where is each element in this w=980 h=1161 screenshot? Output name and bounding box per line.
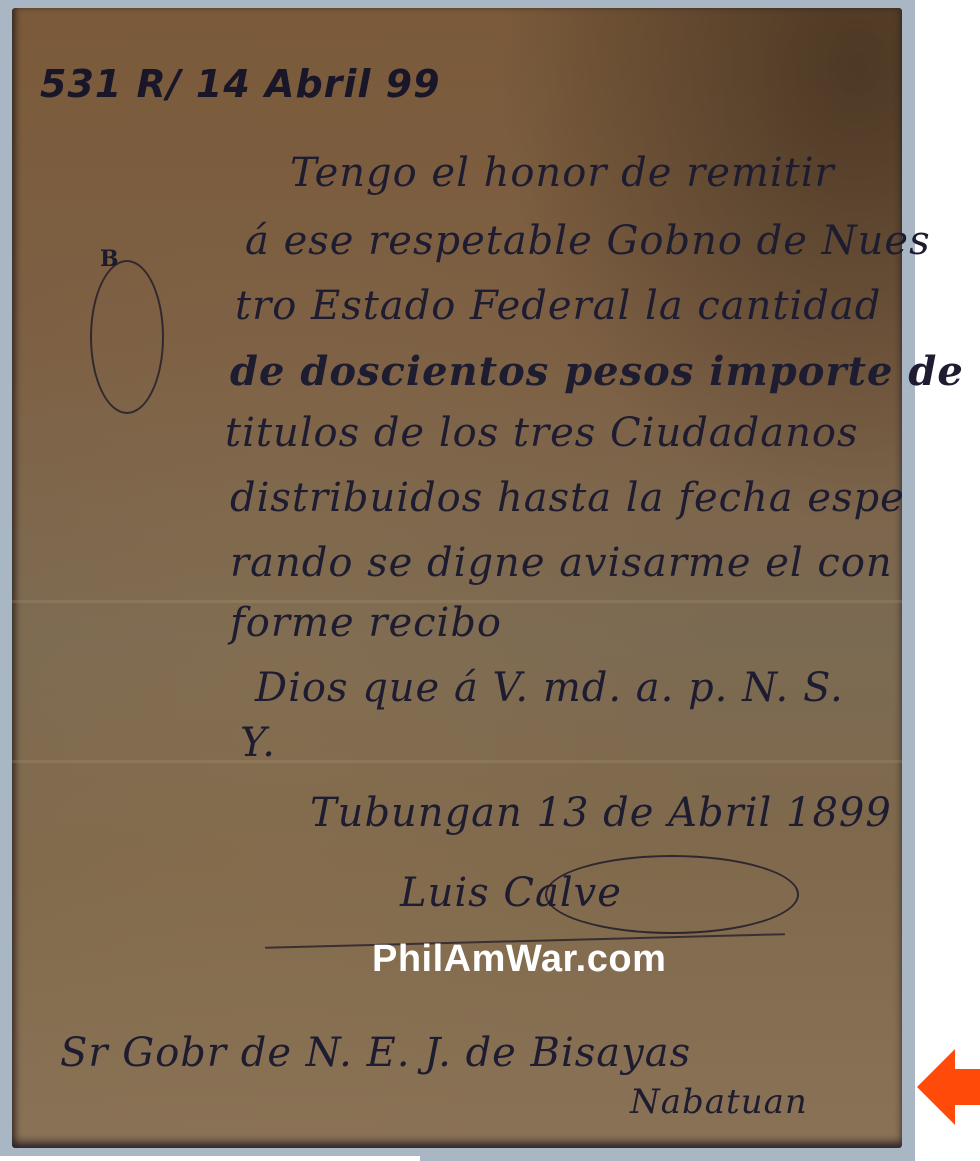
body-line: á ese respetable Gobno de Nues bbox=[245, 218, 931, 264]
body-line: titulos de los tres Ciudadanos bbox=[225, 410, 858, 456]
signature: Luis Calve bbox=[400, 870, 622, 916]
body-line: distribuidos hasta la fecha espe bbox=[230, 475, 905, 521]
addressee-line: Sr Gobr de N. E. J. de Bisayas bbox=[60, 1030, 691, 1076]
arrow-left-icon[interactable] bbox=[915, 1047, 980, 1127]
scan-edge bbox=[0, 1156, 420, 1161]
place-date: Tubungan 13 de Abril 1899 bbox=[310, 790, 892, 836]
paper-fold-line bbox=[12, 760, 902, 763]
reference-note: 531 R/ 14 Abril 99 bbox=[40, 62, 441, 106]
body-line: rando se digne avisarme el con bbox=[230, 540, 893, 586]
body-line: de doscientos pesos importe de los bbox=[230, 348, 980, 395]
closing-line: Y. bbox=[240, 720, 276, 766]
addressee-place: Nabatuan bbox=[630, 1082, 808, 1122]
stamp-text: B bbox=[100, 246, 119, 272]
watermark-text: PhilAmWar.com bbox=[372, 938, 666, 981]
postmark-stamp bbox=[90, 260, 164, 414]
body-line: forme recibo bbox=[230, 600, 502, 646]
closing-line: Dios que á V. md. a. p. N. S. bbox=[255, 665, 844, 711]
body-line: tro Estado Federal la cantidad bbox=[235, 283, 881, 329]
body-line: Tengo el honor de remitir bbox=[290, 150, 835, 196]
